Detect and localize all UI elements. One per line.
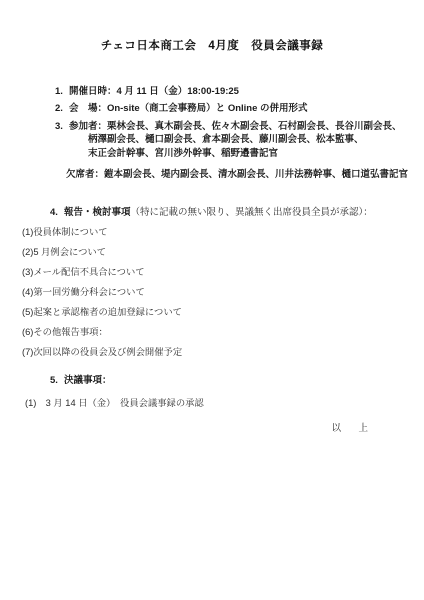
datetime-value: 4 月 11 日（金）18:00-19:25 [116, 86, 239, 97]
closing-mark: 以 上 [331, 420, 372, 434]
item-number: 2. [55, 103, 63, 114]
report-item-4: (4)第一回労働分科会について [22, 286, 182, 306]
report-item-1: (1)役員体制について [22, 226, 182, 246]
item-number: 1. [55, 86, 63, 97]
item-number: 3. [55, 121, 63, 132]
attendees-names: 栗林会長、真木副会長、佐々木副会長、石村副会長、長谷川副会長、 [107, 121, 402, 132]
report-items-list: (1)役員体制について (2)5 月例会について (3)メール配信不具合について… [22, 226, 182, 366]
section-number: 4. [50, 207, 58, 218]
report-item-6: (6)その他報告事項： [22, 326, 182, 346]
venue-label: 会 場： [69, 103, 107, 114]
report-item-5: (5)起案と承認権者の追加登録について [22, 306, 182, 326]
decision-item: (1) 3 月 14 日（金） 役員会議事録の承認 [25, 395, 204, 409]
document-page: チェコ日本商工会 4月度 役員会議事録 1.開催日時：4 月 11 日（金）18… [0, 0, 424, 600]
section5-heading: 5.決議事項： [50, 372, 111, 386]
attendees-line-1: 3.参加者：栗林会長、真木副会長、佐々木副会長、石村副会長、長谷川副会長、 [55, 120, 401, 133]
absentees-label: 欠席者： [66, 169, 104, 180]
venue-value: On-site（商工会事務局）と Online の併用形式 [107, 103, 308, 114]
attendees-label: 参加者： [69, 121, 107, 132]
section4-note: （特に記載の無い限り、異議無く出席役員全員が承認）： [130, 207, 372, 218]
meeting-datetime-line: 1.開催日時：4 月 11 日（金）18:00-19:25 [55, 85, 239, 98]
section4-title: 報告・検討事項 [64, 207, 131, 218]
absentees-line: 欠席者：鎧本副会長、堤内副会長、清水副会長、川井法務幹事、樋口道弘書記官 [66, 166, 408, 180]
attendees-line-2: 柄澤副会長、樋口副会長、倉本副会長、藤川副会長、松本監事、 [88, 133, 364, 146]
attendees-line-3: 末正会計幹事、宮川渉外幹事、稲野邉書記官 [88, 147, 278, 160]
datetime-label: 開催日時： [69, 86, 117, 97]
section-number: 5. [50, 375, 58, 386]
report-item-3: (3)メール配信不具合について [22, 266, 182, 286]
meeting-venue-line: 2.会 場：On-site（商工会事務局）と Online の併用形式 [55, 102, 308, 115]
section4-heading: 4.報告・検討事項（特に記載の無い限り、異議無く出席役員全員が承認）： [50, 204, 373, 218]
section5-title: 決議事項： [64, 375, 112, 386]
document-title: チェコ日本商工会 4月度 役員会議事録 [0, 37, 424, 53]
report-item-7: (7)次回以降の役員会及び例会開催予定 [22, 346, 182, 366]
absentees-names: 鎧本副会長、堤内副会長、清水副会長、川井法務幹事、樋口道弘書記官 [104, 169, 408, 180]
report-item-2: (2)5 月例会について [22, 246, 182, 266]
